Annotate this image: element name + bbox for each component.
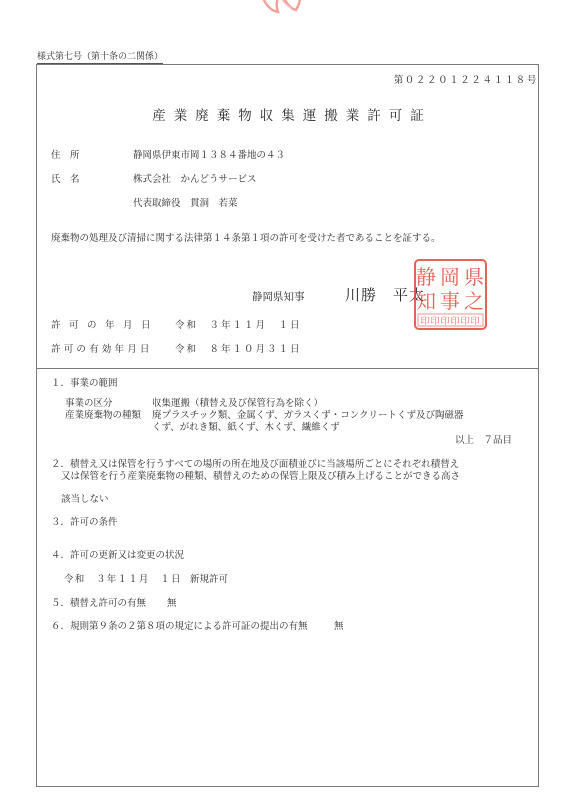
section-2-heading-line-1: ２．積替え又は保管を行うすべての場所の所在地及び面積並びに当該場所ごとにそれぞれ… bbox=[51, 459, 459, 471]
section-divider bbox=[36, 368, 539, 369]
representative-name: 代表取締役 貫洞 若菜 bbox=[133, 198, 238, 210]
valid-until-label: 許可の有効年月日 bbox=[51, 344, 153, 356]
waste-types-total: 以上 ７品目 bbox=[455, 435, 512, 447]
svg-text:事: 事 bbox=[440, 289, 460, 313]
business-type-label: 事業の区分 bbox=[65, 398, 113, 410]
governor-seal-icon: 静 岡 県 知 事 之 印印印印印印 bbox=[413, 258, 488, 331]
section-4-heading: ４．許可の更新又は変更の状況 bbox=[51, 550, 184, 562]
company-name: 株式会社 かんどうサービス bbox=[133, 174, 257, 186]
svg-text:知: 知 bbox=[416, 289, 436, 313]
valid-until-value: 令和 ８年１０月３１日 bbox=[175, 344, 302, 356]
permit-date-value: 令和 ３年１１月 １日 bbox=[175, 320, 302, 332]
form-label: 様式第七号（第十条の二関係） bbox=[37, 52, 163, 64]
section-6-value: 無 bbox=[334, 621, 344, 633]
section-5-value: 無 bbox=[167, 598, 177, 610]
name-label: 氏 名 bbox=[51, 174, 80, 186]
business-type-value: 収集運搬（積替え及び保管行為を除く） bbox=[152, 398, 323, 410]
section-2-heading-line-2: 又は保管を行う産業廃棄物の種類、積替えのための保管上限及び積み上げることができる… bbox=[61, 471, 460, 483]
svg-text:之: 之 bbox=[464, 289, 484, 313]
waste-types-line-1: 廃プラスチック類、金属くず、ガラスくず・コンクリートくず及び陶磁器 bbox=[152, 410, 464, 422]
address-label: 住 所 bbox=[51, 150, 80, 162]
section-4-date: 令和 ３年１１月 １日 bbox=[64, 574, 182, 586]
waste-types-line-2: くず、がれき類、紙くず、木くず、繊維くず bbox=[152, 422, 340, 434]
svg-text:県: 県 bbox=[464, 265, 484, 289]
document-title: 産業廃棄物収集運搬業許可証 bbox=[0, 104, 584, 124]
section-2-value: 該当しない bbox=[61, 494, 109, 506]
issuer-title: 静岡県知事 bbox=[252, 289, 305, 304]
address-value: 静岡県伊東市岡１３８４番地の４３ bbox=[133, 150, 285, 162]
permit-date-label: 許可の年月日 bbox=[51, 320, 159, 332]
section-5-heading: ５．積替え許可の有無 bbox=[51, 598, 146, 610]
waste-types-label: 産業廃棄物の種類 bbox=[65, 410, 141, 422]
section-4-status: 新規許可 bbox=[190, 574, 228, 586]
svg-text:静: 静 bbox=[416, 265, 436, 289]
section-3-heading: ３．許可の条件 bbox=[51, 517, 118, 529]
svg-text:印印印印印印: 印印印印印印 bbox=[420, 315, 480, 327]
section-6-heading: ６．規則第９条の２第８項の規定による許可証の提出の有無 bbox=[51, 621, 308, 633]
section-1-heading: １．事業の範囲 bbox=[51, 378, 118, 390]
permit-number: 第０２２０１２２４１１８号 bbox=[394, 72, 538, 86]
svg-text:岡: 岡 bbox=[440, 265, 460, 289]
certification-statement: 廃棄物の処理及び清掃に関する法律第１４条第１項の許可を受けた者であることを証する… bbox=[51, 233, 441, 245]
partial-seal-icon bbox=[258, 0, 302, 14]
